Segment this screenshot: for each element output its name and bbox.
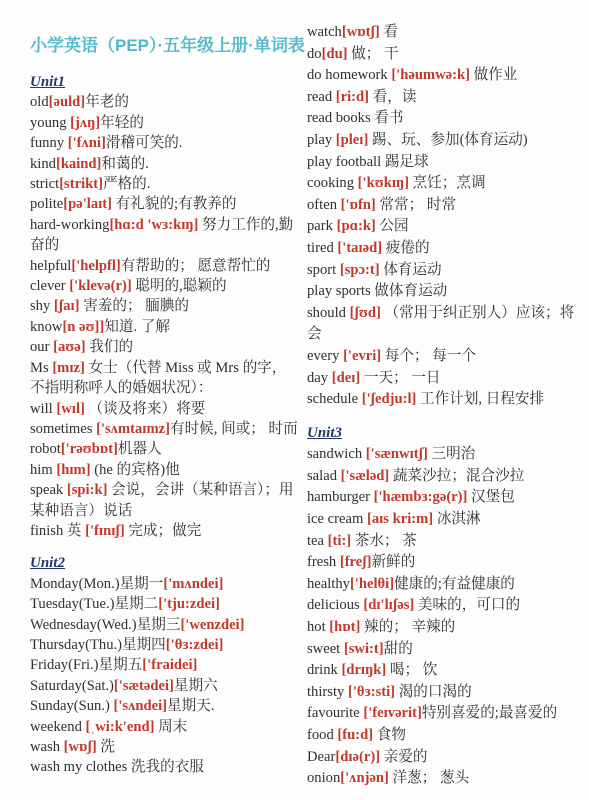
vocab-entry: cooking ['kʊkɪŋ] 烹饪；烹调	[307, 173, 585, 195]
phonetic-text: ['həumwə:k]	[391, 67, 470, 83]
vocab-entry: Saturday(Sat.)['sætədei]星期六	[30, 676, 300, 696]
word-text: strict	[30, 176, 59, 192]
vocab-entry: speak [spi:k] 会说，会讲（某种语言）；用某种语言）说话	[30, 480, 300, 521]
phonetic-text: ['mʌndei]	[163, 576, 223, 592]
word-text: should	[307, 305, 350, 321]
word-text: 一天； 一日	[360, 370, 440, 386]
word-text: 我们的	[86, 339, 133, 355]
phonetic-text: [wɒʃ]	[64, 739, 97, 755]
vocab-entry: ice cream [aɪs kri:m] 冰淇淋	[307, 509, 585, 531]
word-text: 滑稽可笑的.	[106, 135, 183, 151]
word-text: hard-working	[30, 217, 109, 233]
word-text: favourite	[307, 705, 363, 721]
vocab-entry: Thursday(Thu.)星期四['θɜ:zdei]	[30, 635, 300, 655]
phonetic-text: ['sæləd]	[341, 468, 390, 484]
word-text: robot	[30, 441, 61, 457]
word-text: fresh	[307, 554, 340, 570]
word-text: tea	[307, 533, 328, 549]
vocab-entry: sandwich ['sænwɪtʃ] 三明治	[307, 444, 585, 466]
word-text: Dear	[307, 749, 335, 765]
vocab-entry: day [deɪ] 一天； 一日	[307, 368, 585, 390]
word-text: 有时候, 间或； 时而	[170, 421, 298, 437]
word-text: delicious	[307, 597, 363, 613]
phonetic-text: ['ʌnjən]	[340, 770, 389, 786]
word-text: 体育运动	[380, 262, 442, 278]
word-text: 机器人	[118, 441, 162, 457]
word-text: Ms	[30, 360, 52, 376]
vocab-entry: fresh [freʃ]新鲜的	[307, 552, 585, 574]
phonetic-text: [deɪ]	[332, 370, 361, 386]
vocab-entry: sometimes ['sʌmtaɪmz]有时候, 间或； 时而	[30, 419, 300, 439]
vocab-entry: tea [ti:] 茶水； 茶	[307, 531, 585, 553]
vocab-entry: hard-working[hɑ:d 'wɜ:kɪŋ] 努力工作的,勤奋的	[30, 215, 300, 256]
vocab-entry: read books 看书	[307, 108, 585, 130]
word-text: Sunday(Sun.)	[30, 698, 114, 714]
word-text: Monday(Mon.)星期一	[30, 576, 163, 592]
word-text: 特别喜爱的;最喜爱的	[422, 705, 557, 721]
phonetic-text: [aʊə]	[53, 339, 86, 355]
word-text: 做； 干	[348, 46, 399, 62]
word-text: speak	[30, 482, 67, 498]
word-text: 有礼貌的;有教养的	[112, 196, 236, 212]
word-text: know	[30, 319, 62, 335]
vocab-entry: Monday(Mon.)星期一['mʌndei]	[30, 574, 300, 594]
word-text: 星期天.	[167, 698, 214, 714]
vocab-entry: helpful['helpfl]有帮助的； 愿意帮忙的	[30, 256, 300, 276]
vocab-entry: Ms [mɪz] 女士（代替 Miss 或 Mrs 的字，不指明称呼人的婚姻状况…	[30, 358, 300, 399]
word-text: often	[307, 197, 341, 213]
word-text: wash my clothes 洗我的衣服	[30, 759, 204, 775]
phonetic-text: ['sʌndei]	[114, 698, 168, 714]
phonetic-text: ['ʃedju:l]	[362, 391, 417, 407]
word-text: 疲倦的	[382, 240, 429, 256]
word-text: 茶水； 茶	[351, 533, 417, 549]
word-text: 看	[380, 24, 398, 40]
word-text: read books 看书	[307, 110, 403, 126]
vocab-entry: sport [spɔ:t] 体育运动	[307, 260, 585, 282]
vocab-entry: strict[strikt]严格的.	[30, 174, 300, 194]
word-text: shy	[30, 298, 54, 314]
vocab-entry: robot['rəʊbɒt]机器人	[30, 439, 300, 459]
phonetic-text: [kaind]	[56, 156, 101, 172]
right-column: watch[wɒtʃ] 看do[du] 做； 干do homework ['hə…	[300, 22, 585, 800]
word-text: 年老的	[85, 94, 129, 110]
phonetic-text: ['feɪvərit]	[363, 705, 421, 721]
word-text: hot	[307, 619, 329, 635]
word-text: 完成；做完	[125, 523, 202, 539]
word-text: 和蔼的.	[101, 156, 148, 172]
vocab-entry: watch[wɒtʃ] 看	[307, 22, 585, 44]
vocab-entry: will [wɪl] （谈及将来）将要	[30, 399, 300, 419]
word-text: finish 英	[30, 523, 85, 539]
word-text: 渴的口渴的	[395, 684, 472, 700]
vocab-entry: wash [wɒʃ] 洗	[30, 737, 300, 757]
phonetic-text: [ti:]	[328, 533, 352, 549]
vocab-entry: him [hɪm] (he 的宾格)他	[30, 460, 300, 480]
word-text: sweet	[307, 641, 344, 657]
word-text: salad	[307, 468, 341, 484]
vocab-entry: Tuesday(Tue.)星期二['tju:zdei]	[30, 594, 300, 614]
phonetic-text: ['sænwɪtʃ]	[366, 446, 428, 462]
phonetic-text: [hɒt]	[329, 619, 360, 635]
vocab-entry: every ['evri] 每个； 每一个	[307, 346, 585, 368]
word-text: schedule	[307, 391, 362, 407]
phonetic-text: ['θɜ:sti]	[348, 684, 395, 700]
vocab-entry: our [aʊə] 我们的	[30, 337, 300, 357]
word-text: polite	[30, 196, 63, 212]
word-text: Saturday(Sat.)	[30, 678, 114, 694]
vocab-entry: park [pɑ:k] 公园	[307, 216, 585, 238]
word-text: tired	[307, 240, 337, 256]
vocab-entry: sweet [swi:t]甜的	[307, 639, 585, 661]
phonetic-text: ['wenzdei]	[180, 617, 244, 633]
word-text: sometimes	[30, 421, 96, 437]
word-text: 害羞的； 腼腆的	[80, 298, 189, 314]
word-text: 踢、玩、参加(体育运动)	[368, 132, 527, 148]
word-text: hamburger	[307, 489, 374, 505]
word-text: play football 踢足球	[307, 154, 429, 170]
vocab-entry: finish 英 ['fɪnɪʃ] 完成；做完	[30, 521, 300, 541]
word-text: 甜的	[384, 641, 413, 657]
word-text: 健康的;有益健康的	[394, 576, 515, 592]
phonetic-text: [drɪŋk]	[341, 662, 386, 678]
unit-heading: Unit1	[30, 72, 300, 92]
word-text: clever	[30, 278, 69, 294]
word-text: 美味的，可口的	[414, 597, 520, 613]
word-text: play sports 做体育运动	[307, 283, 447, 299]
word-text: funny	[30, 135, 68, 151]
unit-heading: Unit3	[307, 423, 585, 445]
word-text: Tuesday(Tue.)星期二	[30, 596, 158, 612]
phonetic-text: [strikt]	[59, 176, 103, 192]
word-text: wash	[30, 739, 64, 755]
phonetic-text: [ˌwi:k'end]	[86, 719, 155, 735]
word-text: read	[307, 89, 336, 105]
phonetic-text: [hɑ:d 'wɜ:kɪŋ]	[109, 217, 198, 233]
word-text: onion	[307, 770, 340, 786]
vocab-entry: read [ri:d] 看，读	[307, 87, 585, 109]
word-text: 食物	[373, 727, 406, 743]
word-text: ice cream	[307, 511, 367, 527]
word-text: kind	[30, 156, 56, 172]
phonetic-text: ['rəʊbɒt]	[61, 441, 118, 457]
word-text: drink	[307, 662, 341, 678]
word-text: 工作计划, 日程安排	[416, 391, 544, 407]
word-text: old	[30, 94, 49, 110]
vocab-entry: Dear[dɪə(r)] 亲爱的	[307, 747, 585, 769]
word-text: weekend	[30, 719, 86, 735]
vocab-entry: should [ʃʊd] （常用于纠正别人）应该；将会	[307, 303, 585, 346]
word-text: 聪明的,聪颖的	[132, 278, 227, 294]
left-column: 小学英语（PEP）·五年级上册·单词表 Unit1old[əuld]年老的you…	[30, 22, 300, 800]
vocab-entry: shy [ʃaɪ] 害羞的； 腼腆的	[30, 296, 300, 316]
vocab-entry: polite[pə'laɪt] 有礼貌的;有教养的	[30, 194, 300, 214]
vocab-entry: Sunday(Sun.) ['sʌndei]星期天.	[30, 696, 300, 716]
phonetic-text: [dɪə(r)]	[335, 749, 380, 765]
word-text: 洋葱； 葱头	[389, 770, 469, 786]
word-text: 看，读	[369, 89, 416, 105]
left-entries: Unit1old[əuld]年老的young [jʌŋ]年轻的funny ['f…	[30, 72, 300, 778]
word-text: every	[307, 348, 343, 364]
page-title: 小学英语（PEP）·五年级上册·单词表	[30, 34, 300, 58]
phonetic-text: ['taɪəd]	[337, 240, 382, 256]
word-text: 每个； 每一个	[381, 348, 476, 364]
phonetic-text: [əuld]	[49, 94, 85, 110]
word-text: our	[30, 339, 53, 355]
vocab-entry: favourite ['feɪvərit]特别喜爱的;最喜爱的	[307, 703, 585, 725]
word-text: 公园	[376, 218, 409, 234]
word-text: young	[30, 115, 70, 131]
vocab-entry: know[n əʊ]]知道. 了解	[30, 317, 300, 337]
word-text: 严格的.	[103, 176, 150, 192]
phonetic-text: [hɪm]	[56, 462, 90, 478]
vocab-entry: hamburger ['hæmbɜ:gə(r)] 汉堡包	[307, 487, 585, 509]
phonetic-text: [fu:d]	[337, 727, 373, 743]
phonetic-text: [spi:k]	[67, 482, 108, 498]
phonetic-text: [n əʊ]]	[62, 319, 104, 335]
phonetic-text: [pə'laɪt]	[63, 196, 112, 212]
word-text: Friday(Fri.)星期五	[30, 657, 142, 673]
vocab-entry: schedule ['ʃedju:l] 工作计划, 日程安排	[307, 389, 585, 411]
word-text: do	[307, 46, 322, 62]
word-text: 三明治	[428, 446, 475, 462]
phonetic-text: [ʃaɪ]	[54, 298, 80, 314]
phonetic-text: ['fɪnɪʃ]	[85, 523, 125, 539]
vocab-entry: kind[kaind]和蔼的.	[30, 154, 300, 174]
word-text: 做作业	[470, 67, 517, 83]
phonetic-text: ['evri]	[343, 348, 381, 364]
word-text: Wednesday(Wed.)星期三	[30, 617, 180, 633]
word-text: 星期六	[174, 678, 218, 694]
word-text: 冰淇淋	[433, 511, 480, 527]
vocab-entry: young [jʌŋ]年轻的	[30, 113, 300, 133]
word-text: sandwich	[307, 446, 366, 462]
vocab-entry: hot [hɒt] 辣的； 辛辣的	[307, 617, 585, 639]
phonetic-text: [ri:d]	[336, 89, 369, 105]
word-text: play	[307, 132, 336, 148]
vocab-entry: clever ['klevə(r)] 聪明的,聪颖的	[30, 276, 300, 296]
phonetic-text: ['hæmbɜ:gə(r)]	[374, 489, 468, 505]
vocab-entry: food [fu:d] 食物	[307, 725, 585, 747]
word-text: healthy	[307, 576, 350, 592]
word-text: 知道. 了解	[104, 319, 170, 335]
vocab-entry: tired ['taɪəd] 疲倦的	[307, 238, 585, 260]
vocab-entry: Wednesday(Wed.)星期三['wenzdei]	[30, 615, 300, 635]
word-text: Thursday(Thu.)星期四	[30, 637, 166, 653]
phonetic-text: [pɑ:k]	[337, 218, 376, 234]
phonetic-text: [pleɪ]	[336, 132, 369, 148]
vocabulary-page: 小学英语（PEP）·五年级上册·单词表 Unit1old[əuld]年老的you…	[0, 0, 589, 800]
vocab-entry: Friday(Fri.)星期五['fraidei]	[30, 655, 300, 675]
phonetic-text: ['sʌmtaɪmz]	[96, 421, 170, 437]
word-text: 亲爱的	[380, 749, 427, 765]
phonetic-text: ['kʊkɪŋ]	[358, 175, 409, 191]
phonetic-text: [spɔ:t]	[340, 262, 380, 278]
vocab-entry: salad ['sæləd] 蔬菜沙拉；混合沙拉	[307, 466, 585, 488]
phonetic-text: [ʃʊd]	[350, 305, 381, 321]
vocab-entry: do[du] 做； 干	[307, 44, 585, 66]
phonetic-text: ['fʌni]	[68, 135, 106, 151]
right-entries: watch[wɒtʃ] 看do[du] 做； 干do homework ['hə…	[307, 22, 585, 790]
phonetic-text: [jʌŋ]	[70, 115, 100, 131]
phonetic-text: ['sætədei]	[114, 678, 174, 694]
vocab-entry: do homework ['həumwə:k] 做作业	[307, 65, 585, 87]
word-text: food	[307, 727, 337, 743]
phonetic-text: [du]	[322, 46, 348, 62]
phonetic-text: ['helθi]	[350, 576, 394, 592]
vocab-entry: delicious [dɪ'lɪʃəs] 美味的，可口的	[307, 595, 585, 617]
phonetic-text: [mɪz]	[52, 360, 85, 376]
phonetic-text: [freʃ]	[340, 554, 372, 570]
vocab-entry: play [pleɪ] 踢、玩、参加(体育运动)	[307, 130, 585, 152]
word-text: day	[307, 370, 332, 386]
word-text: 蔬菜沙拉；混合沙拉	[389, 468, 524, 484]
phonetic-text: ['ɒfn]	[341, 197, 376, 213]
vocab-entry: often ['ɒfn] 常常； 时常	[307, 195, 585, 217]
word-text: park	[307, 218, 337, 234]
word-text: do homework	[307, 67, 391, 83]
word-text: 新鲜的	[372, 554, 416, 570]
word-text: helpful	[30, 258, 71, 274]
word-text: 烹饪；烹调	[409, 175, 486, 191]
word-text: thirsty	[307, 684, 348, 700]
vocab-entry: funny ['fʌni]滑稽可笑的.	[30, 133, 300, 153]
phonetic-text: ['θɜ:zdei]	[166, 637, 224, 653]
vocab-entry: play sports 做体育运动	[307, 281, 585, 303]
word-text: cooking	[307, 175, 358, 191]
phonetic-text: ['helpfl]	[71, 258, 120, 274]
word-text: watch	[307, 24, 342, 40]
word-text: （谈及将来）将要	[85, 401, 205, 417]
vocab-entry: wash my clothes 洗我的衣服	[30, 757, 300, 777]
vocab-entry: weekend [ˌwi:k'end] 周末	[30, 717, 300, 737]
word-text: (he 的宾格)他	[91, 462, 180, 478]
word-text: 年轻的	[100, 115, 144, 131]
phonetic-text: ['tju:zdei]	[158, 596, 220, 612]
unit-heading: Unit2	[30, 553, 300, 573]
vocab-entry: play football 踢足球	[307, 152, 585, 174]
word-text: 汉堡包	[467, 489, 514, 505]
phonetic-text: [aɪs kri:m]	[367, 511, 433, 527]
word-text: 周末	[154, 719, 187, 735]
word-text: 洗	[97, 739, 115, 755]
phonetic-text: ['klevə(r)]	[69, 278, 131, 294]
word-text: 常常； 时常	[376, 197, 456, 213]
word-text: 辣的； 辛辣的	[360, 619, 455, 635]
vocab-entry: onion['ʌnjən] 洋葱； 葱头	[307, 768, 585, 790]
vocab-entry: healthy['helθi]健康的;有益健康的	[307, 574, 585, 596]
vocab-entry: old[əuld]年老的	[30, 92, 300, 112]
phonetic-text: [wɪl]	[56, 401, 85, 417]
phonetic-text: [wɒtʃ]	[342, 24, 380, 40]
vocab-entry: thirsty ['θɜ:sti] 渴的口渴的	[307, 682, 585, 704]
phonetic-text: [dɪ'lɪʃəs]	[363, 597, 414, 613]
word-text: will	[30, 401, 56, 417]
vocab-entry: drink [drɪŋk] 喝； 饮	[307, 660, 585, 682]
word-text: 有帮助的； 愿意帮忙的	[121, 258, 271, 274]
word-text: 喝； 饮	[386, 662, 437, 678]
word-text: him	[30, 462, 56, 478]
phonetic-text: [swi:t]	[344, 641, 384, 657]
word-text: sport	[307, 262, 340, 278]
phonetic-text: ['fraidei]	[142, 657, 197, 673]
